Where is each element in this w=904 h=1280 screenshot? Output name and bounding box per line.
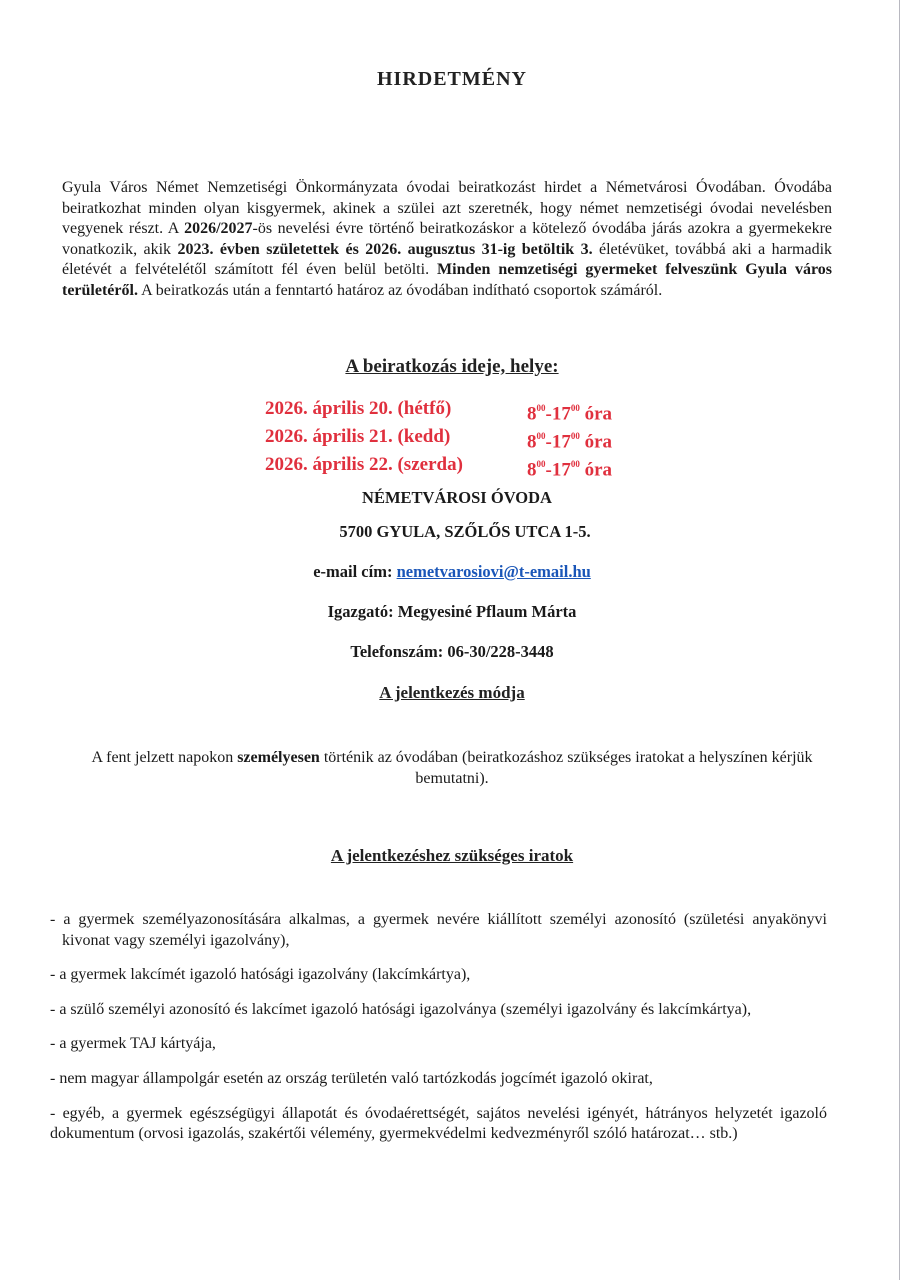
documents-heading: A jelentkezéshez szükséges iratok: [331, 846, 573, 865]
schedule-time: 800-1700 óra: [527, 426, 612, 454]
schedule-heading-wrap: A beiratkozás ideje, helye:: [0, 356, 904, 378]
schedule-row: 2026. április 21. (kedd) 800-1700 óra: [265, 426, 612, 454]
schedule-time: 800-1700 óra: [527, 398, 612, 426]
schedule-row: 2026. április 20. (hétfő) 800-1700 óra: [265, 398, 612, 426]
intro-text-4: A beiratkozás után a fenntartó határoz a…: [138, 282, 662, 299]
document-item: - a szülő személyi azonosító és lakcímet…: [50, 1000, 827, 1021]
email-link[interactable]: nemetvarosiovi@t-email.hu: [397, 562, 591, 581]
intro-bold-birth: 2023. évben születettek és 2026. auguszt…: [177, 241, 592, 258]
schedule-heading: A beiratkozás ideje, helye:: [345, 356, 558, 377]
schedule-list: 2026. április 20. (hétfő) 800-1700 óra 2…: [265, 398, 612, 481]
document-item: - a gyermek TAJ kártyája,: [50, 1034, 827, 1055]
email-label: e-mail cím:: [313, 562, 396, 581]
schedule-row: 2026. április 22. (szerda) 800-1700 óra: [265, 454, 612, 482]
intro-paragraph: Gyula Város Német Nemzetiségi Önkormányz…: [62, 178, 832, 302]
application-heading-wrap: A jelentkezés módja: [0, 683, 904, 703]
application-bold-in-person: személyesen: [237, 749, 320, 766]
institution-address: 5700 GYULA, SZŐLŐS UTCA 1-5.: [0, 522, 904, 542]
document-item: - a gyermek lakcímét igazoló hatósági ig…: [50, 965, 827, 986]
application-heading: A jelentkezés módja: [379, 683, 524, 702]
schedule-date: 2026. április 22. (szerda): [265, 454, 527, 482]
document-title: HIRDETMÉNY: [0, 68, 904, 91]
document-item: - a gyermek személyazonosítására alkalma…: [50, 910, 827, 951]
schedule-date: 2026. április 20. (hétfő): [265, 398, 527, 426]
document-item: - nem magyar állampolgár esetén az orszá…: [50, 1069, 827, 1090]
application-paragraph: A fent jelzett napokon személyesen törté…: [70, 748, 834, 789]
schedule-date: 2026. április 21. (kedd): [265, 426, 527, 454]
schedule-time: 800-1700 óra: [527, 454, 612, 482]
email-line: e-mail cím: nemetvarosiovi@t-email.hu: [0, 562, 904, 582]
documents-list: - a gyermek személyazonosítására alkalma…: [50, 910, 827, 1159]
intro-bold-year: 2026/2027: [184, 220, 252, 237]
scan-page-edge: [899, 0, 900, 1280]
document-item: - egyéb, a gyermek egészségügyi állapotá…: [50, 1104, 827, 1145]
institution-name: NÉMETVÁROSI ÓVODA: [0, 488, 904, 508]
phone-line: Telefonszám: 06-30/228-3448: [0, 642, 904, 662]
director-line: Igazgató: Megyesiné Pflaum Márta: [0, 602, 904, 622]
documents-heading-wrap: A jelentkezéshez szükséges iratok: [0, 846, 904, 866]
